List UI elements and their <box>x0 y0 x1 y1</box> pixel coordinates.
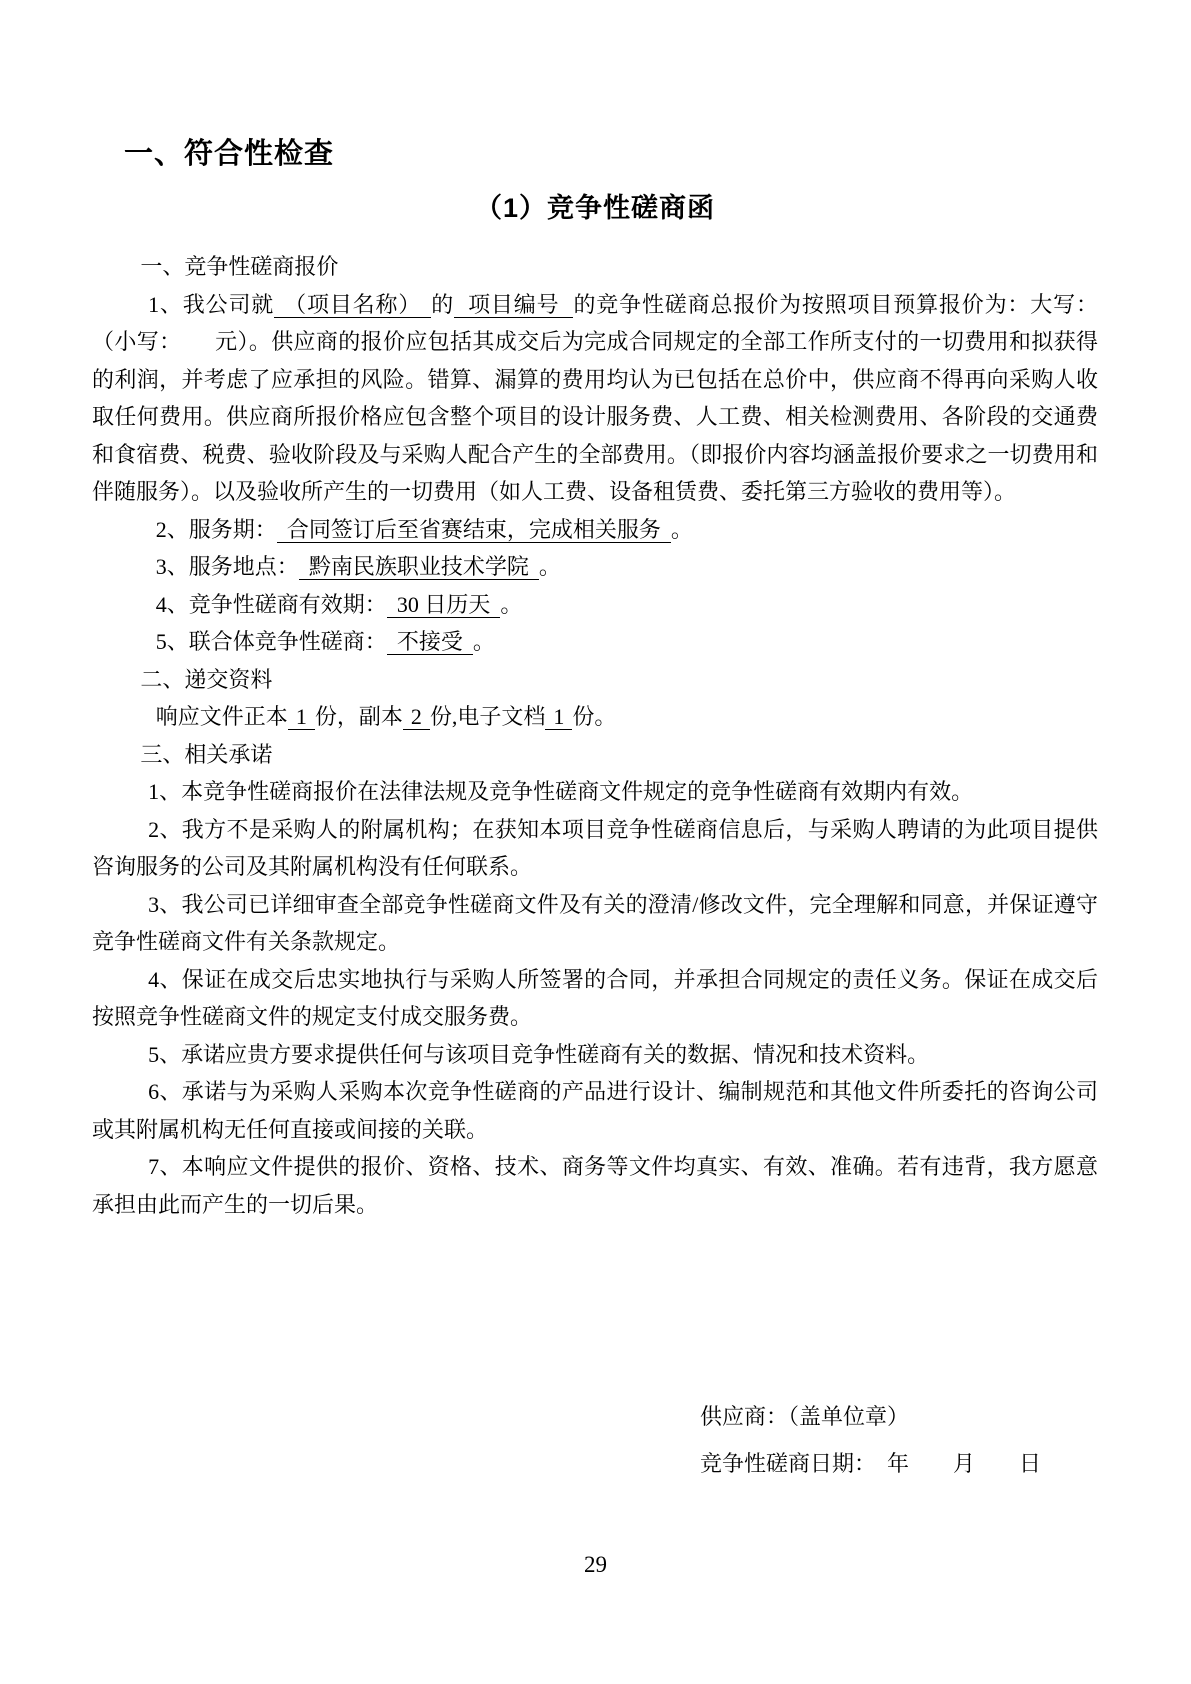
service-place-label: 3、服务地点： <box>156 554 299 579</box>
page-title: （1）竞争性磋商函 <box>92 188 1098 228</box>
service-period-suffix: 。 <box>671 517 693 542</box>
submission-part3: 份,电子文档 <box>430 704 546 729</box>
blank-validity-period: 30 日历天 <box>387 592 501 618</box>
section-heading: 一、符合性检查 <box>124 134 1098 174</box>
consortium-suffix: 。 <box>473 629 495 654</box>
blank-service-place: 黔南民族职业技术学院 <box>299 554 539 580</box>
negotiation-date-line: 竞争性磋商日期： 年 月 日 <box>700 1440 1098 1487</box>
submission-part4: 份。 <box>572 704 616 729</box>
promise-item-1: 1、本竞争性磋商报价在法律法规及竞争性磋商文件规定的竞争性磋商有效期内有效。 <box>92 773 1098 811</box>
validity-suffix: 。 <box>500 592 522 617</box>
page-number: 29 <box>0 1552 1191 1578</box>
validity-label: 4、竞争性磋商有效期： <box>156 592 387 617</box>
list-item-service-period: 2、服务期：合同签订后至省赛结束，完成相关服务。 <box>92 511 1098 549</box>
list-item-consortium: 5、联合体竞争性磋商：不接受。 <box>92 623 1098 661</box>
submission-part2: 份，副本 <box>315 704 403 729</box>
supplier-seal-line: 供应商：（盖单位章） <box>700 1393 1098 1440</box>
blank-project-name: （项目名称） <box>274 292 431 318</box>
quotation-lead-text: 1、我公司就 <box>148 292 274 317</box>
list-item-service-place: 3、服务地点：黔南民族职业技术学院。 <box>92 548 1098 586</box>
promise-item-4: 4、保证在成交后忠实地执行与采购人所签署的合同，并承担合同规定的责任义务。保证在… <box>92 961 1098 1036</box>
blank-service-period: 合同签订后至省赛结束，完成相关服务 <box>277 517 671 543</box>
document-body: 一、竞争性磋商报价 1、我公司就（项目名称）的项目编号的竞争性磋商总报价为按照项… <box>92 248 1098 1223</box>
subsection-title-promises: 三、相关承诺 <box>92 736 1098 774</box>
paragraph-quotation: 1、我公司就（项目名称）的项目编号的竞争性磋商总报价为按照项目预算报价为：大写：… <box>92 286 1098 511</box>
promise-item-2: 2、我方不是采购人的附属机构；在获知本项目竞争性磋商信息后，与采购人聘请的为此项… <box>92 811 1098 886</box>
blank-project-number: 项目编号 <box>454 292 573 318</box>
submission-part1: 响应文件正本 <box>156 704 288 729</box>
promise-item-6: 6、承诺与为采购人采购本次竞争性磋商的产品进行设计、编制规范和其他文件所委托的咨… <box>92 1073 1098 1148</box>
document-page: 一、符合性检查 （1）竞争性磋商函 一、竞争性磋商报价 1、我公司就（项目名称）… <box>0 0 1191 1684</box>
promise-item-5: 5、承诺应贵方要求提供任何与该项目竞争性磋商有关的数据、情况和技术资料。 <box>92 1036 1098 1074</box>
blank-electronic-count: 1 <box>545 704 572 730</box>
quotation-rest-text: 的竞争性磋商总报价为按照项目预算报价为：大写：（小写： 元）。供应商的报价应包括… <box>92 292 1098 505</box>
blank-consortium: 不接受 <box>387 629 473 655</box>
subsection-title-quotation: 一、竞争性磋商报价 <box>92 248 1098 286</box>
service-period-label: 2、服务期： <box>156 517 277 542</box>
consortium-label: 5、联合体竞争性磋商： <box>156 629 387 654</box>
paragraph-submission-counts: 响应文件正本1份，副本2份,电子文档1份。 <box>92 698 1098 736</box>
blank-original-count: 1 <box>288 704 315 730</box>
promise-item-7: 7、本响应文件提供的报价、资格、技术、商务等文件均真实、有效、准确。若有违背，我… <box>92 1148 1098 1223</box>
promise-item-3: 3、我公司已详细审查全部竞争性磋商文件及有关的澄清/修改文件，完全理解和同意，并… <box>92 886 1098 961</box>
list-item-validity-period: 4、竞争性磋商有效期：30 日历天。 <box>92 586 1098 624</box>
blank-copy-count: 2 <box>403 704 430 730</box>
signature-block: 供应商：（盖单位章） 竞争性磋商日期： 年 月 日 <box>700 1393 1098 1487</box>
service-place-suffix: 。 <box>539 554 561 579</box>
quotation-mid-text: 的 <box>431 292 454 317</box>
subsection-title-submission: 二、递交资料 <box>92 661 1098 699</box>
